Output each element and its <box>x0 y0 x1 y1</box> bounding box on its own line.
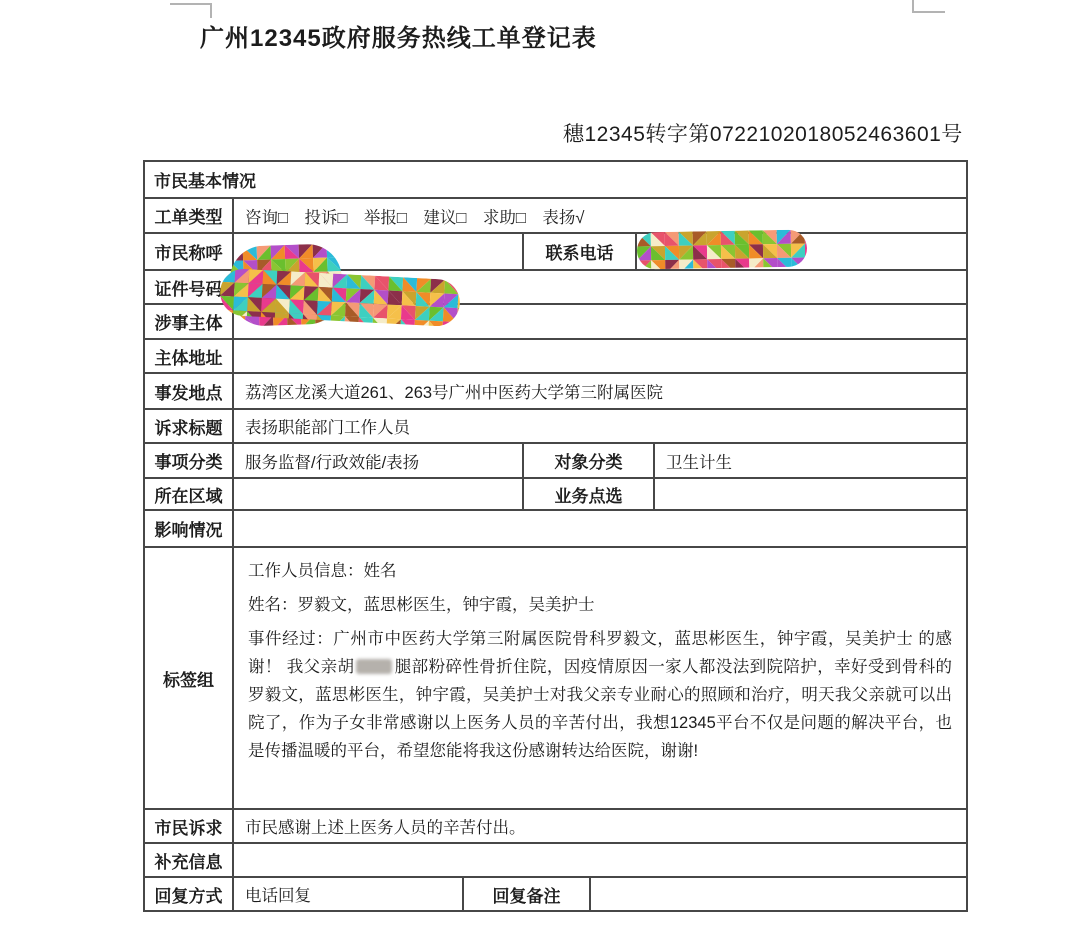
subject-address-value <box>232 340 966 372</box>
additional-info-label: 补充信息 <box>145 844 232 876</box>
page-corner-mark-left <box>170 3 212 18</box>
contact-phone-label: 联系电话 <box>522 234 635 269</box>
tag-group-content: 工作人员信息：姓名 姓名：罗毅文，蓝思彬医生，钟宇霞，吴美护士 事件经过：广州市… <box>232 548 966 808</box>
section-header-row: 市民基本情况 <box>145 162 966 199</box>
row-region: 所在区域 业务点选 <box>145 479 966 511</box>
row-citizen-appeal: 市民诉求 市民感谢上述上医务人员的辛苦付出。 <box>145 810 966 844</box>
reply-method-value: 电话回复 <box>232 878 462 910</box>
row-order-type: 工单类型 咨询□ 投诉□ 举报□ 建议□ 求助□ 表扬√ <box>145 199 966 234</box>
row-additional-info: 补充信息 <box>145 844 966 878</box>
region-value <box>232 479 522 509</box>
business-select-value <box>653 479 966 509</box>
citizen-name-label: 市民称呼 <box>145 234 232 269</box>
row-impact: 影响情况 <box>145 511 966 548</box>
row-appeal-title: 诉求标题 表扬职能部门工作人员 <box>145 410 966 444</box>
names-line: 姓名：罗毅文，蓝思彬医生，钟宇霞，吴美护士 <box>248 591 595 619</box>
row-subject-address: 主体地址 <box>145 340 966 374</box>
object-category-label: 对象分类 <box>522 444 653 477</box>
document-page: 广州12345政府服务热线工单登记表 穗12345转字第072210201805… <box>0 0 1080 934</box>
reply-note-value <box>589 878 966 910</box>
appeal-title-label: 诉求标题 <box>145 410 232 442</box>
id-number-label: 证件号码 <box>145 271 232 303</box>
impact-label: 影响情况 <box>145 511 232 546</box>
additional-info-value <box>232 844 966 876</box>
appeal-title-value: 表扬职能部门工作人员 <box>232 410 966 442</box>
citizen-appeal-label: 市民诉求 <box>145 810 232 842</box>
item-category-label: 事项分类 <box>145 444 232 477</box>
order-type-options: 咨询□ 投诉□ 举报□ 建议□ 求助□ 表扬√ <box>232 199 966 232</box>
order-type-label: 工单类型 <box>145 199 232 232</box>
region-label: 所在区域 <box>145 479 232 509</box>
row-item-category: 事项分类 服务监督/行政效能/表扬 对象分类 卫生计生 <box>145 444 966 479</box>
involved-subject-label: 涉事主体 <box>145 305 232 338</box>
tag-group-label: 标签组 <box>145 548 232 808</box>
impact-value <box>232 511 966 546</box>
redaction-mosaic-phone <box>637 230 808 270</box>
reply-method-label: 回复方式 <box>145 878 232 910</box>
row-reply-method: 回复方式 电话回复 回复备注 <box>145 878 966 910</box>
object-category-value: 卫生计生 <box>653 444 966 477</box>
redacted-name <box>356 659 392 674</box>
incident-location-label: 事发地点 <box>145 374 232 408</box>
event-description: 事件经过：广州市中医药大学第三附属医院骨科罗毅文，蓝思彬医生，钟宇霞，吴美护士 … <box>248 625 952 765</box>
page-title: 广州12345政府服务热线工单登记表 <box>200 18 597 53</box>
item-category-value: 服务监督/行政效能/表扬 <box>232 444 522 477</box>
business-select-label: 业务点选 <box>522 479 653 509</box>
citizen-appeal-value: 市民感谢上述上医务人员的辛苦付出。 <box>232 810 966 842</box>
page-corner-mark-right <box>912 0 945 13</box>
incident-location-value: 荔湾区龙溪大道261、263号广州中医药大学第三附属医院 <box>232 374 966 408</box>
row-incident-location: 事发地点 荔湾区龙溪大道261、263号广州中医药大学第三附属医院 <box>145 374 966 410</box>
subject-address-label: 主体地址 <box>145 340 232 372</box>
row-tag-group: 标签组 工作人员信息：姓名 姓名：罗毅文，蓝思彬医生，钟宇霞，吴美护士 事件经过… <box>145 548 966 810</box>
doc-number: 穗12345转字第0722102018052463601号 <box>563 118 963 148</box>
staff-info-line: 工作人员信息：姓名 <box>248 557 397 585</box>
section-header: 市民基本情况 <box>145 162 966 197</box>
reply-note-label: 回复备注 <box>462 878 589 910</box>
